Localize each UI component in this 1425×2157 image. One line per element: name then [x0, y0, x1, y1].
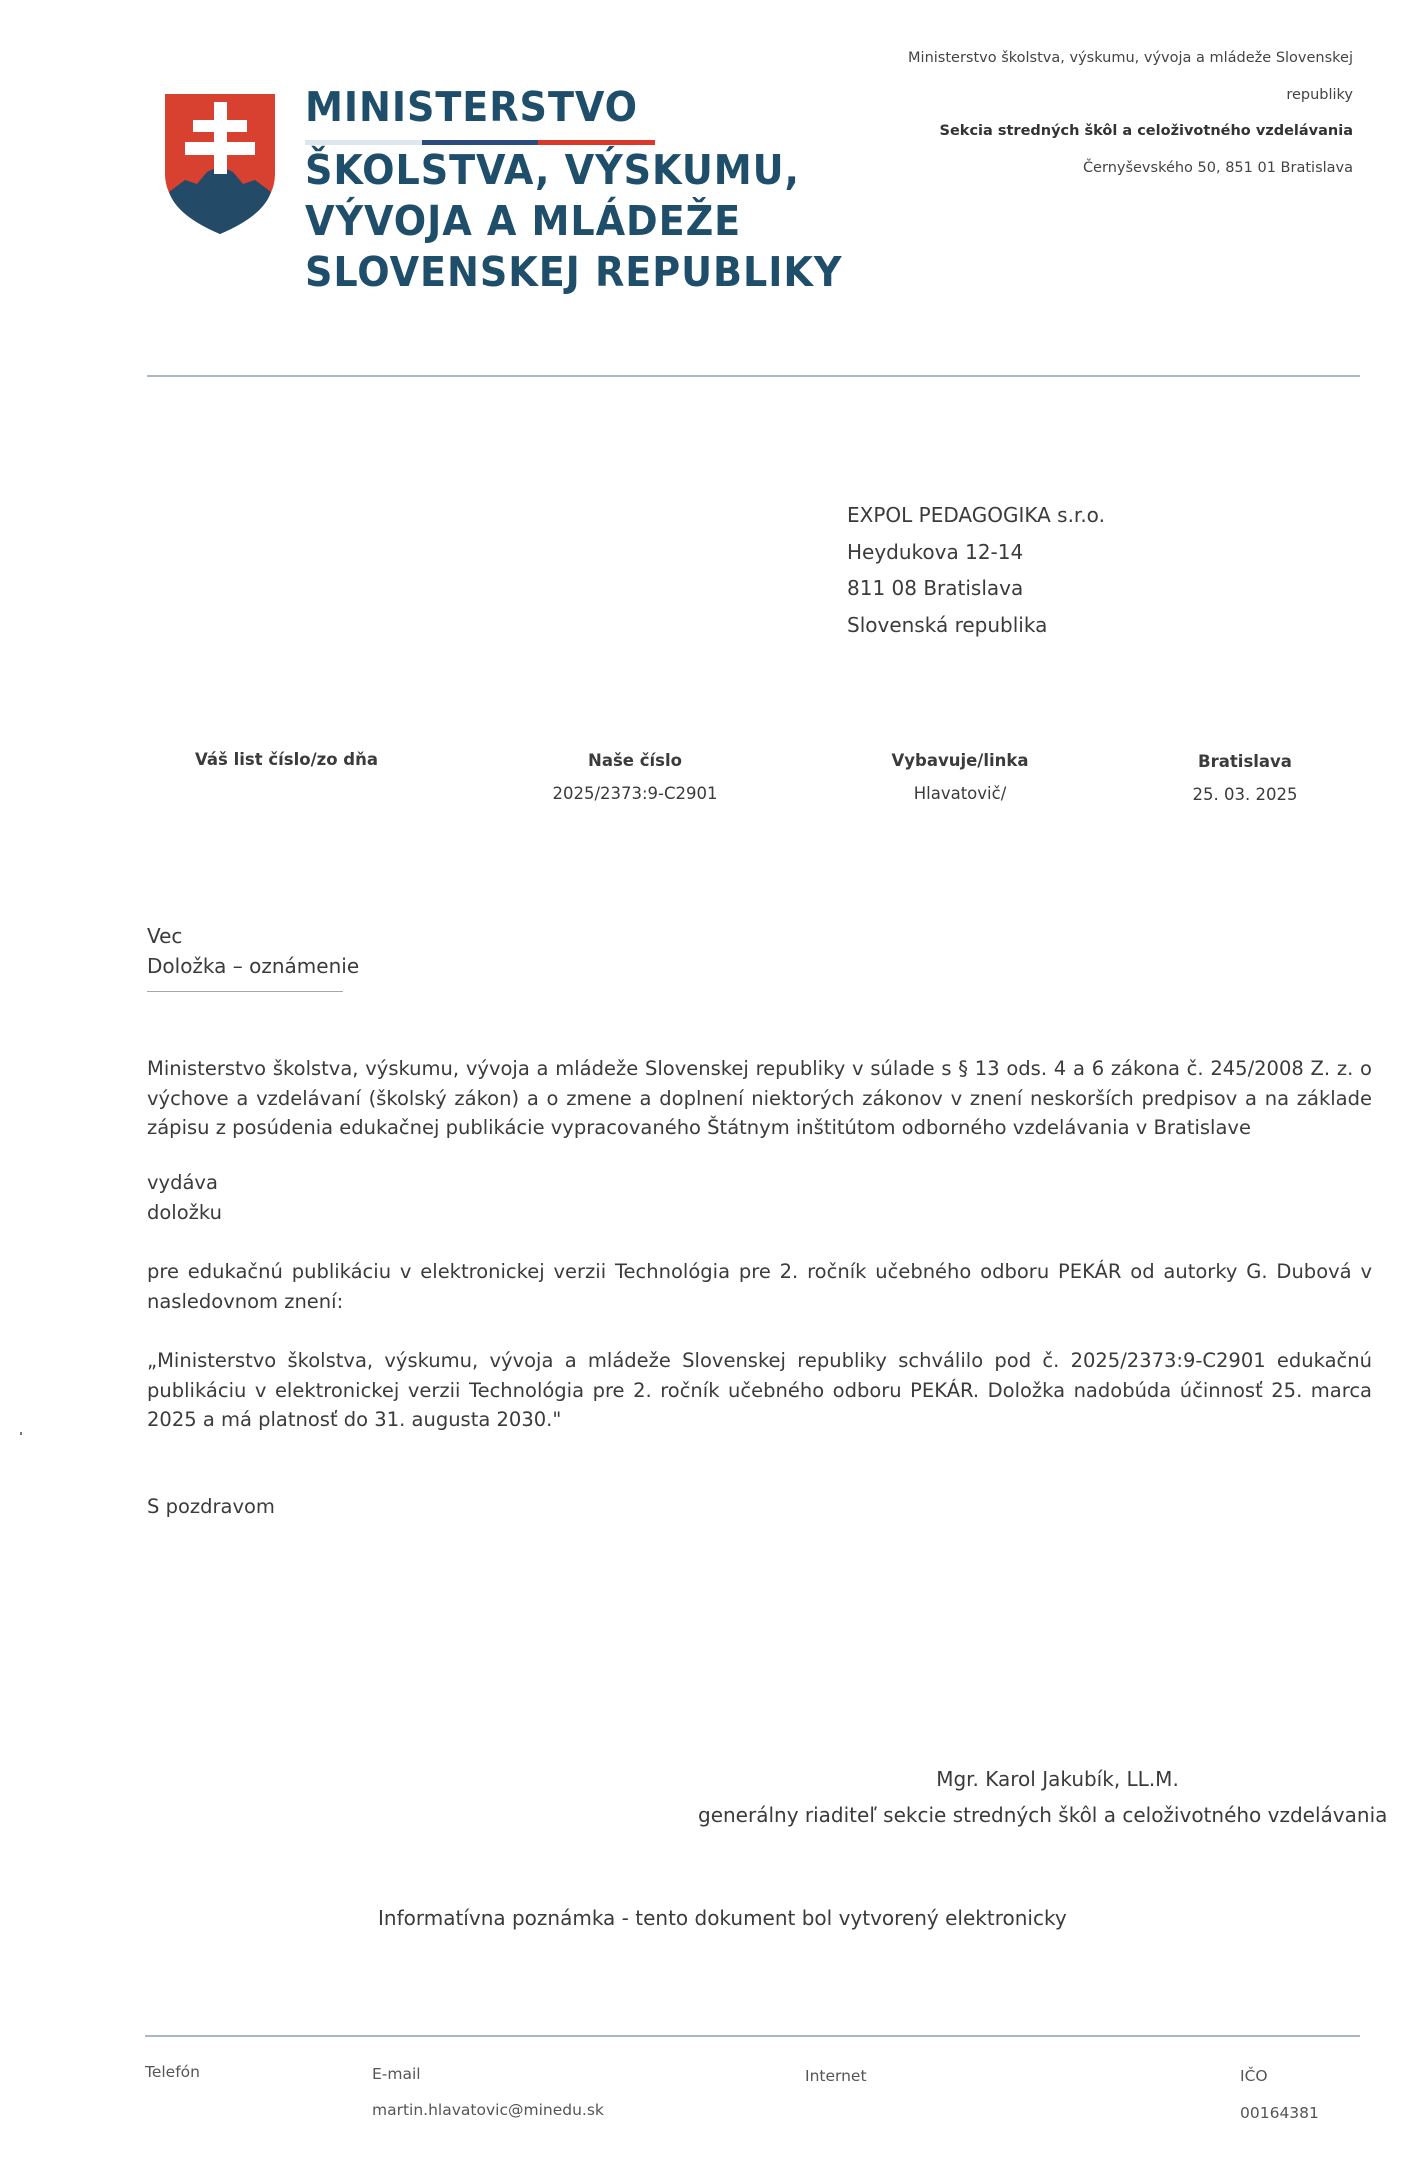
body-intro-paragraph: Ministerstvo školstva, výskumu, vývoja a… [147, 1054, 1372, 1143]
ref-our-number-value: 2025/2373:9-C2901 [530, 784, 740, 803]
recipient-street: Heydukova 12-14 [847, 534, 1105, 571]
ref-handled-by-value: Hlavatovič/ [860, 784, 1060, 803]
body-closing: S pozdravom [147, 1492, 1372, 1522]
signature-title: generálny riaditeľ sekcie stredných škôl… [698, 1803, 1387, 1827]
body-issues-block: vydáva doložku [147, 1168, 1372, 1227]
header-divider [147, 375, 1360, 377]
subject-title: Doložka – oznámenie [147, 951, 359, 981]
logo-line-1: MINISTERSTVO [305, 82, 842, 133]
ref-date-value: 25. 03. 2025 [1165, 785, 1325, 804]
ref-our-number-label: Naše číslo [530, 751, 740, 770]
logo-line-3: VÝVOJA A MLÁDEŽE [305, 196, 842, 247]
body-quote-paragraph: „Ministerstvo školstva, výskumu, vývoja … [147, 1346, 1372, 1435]
footer-internet-label: Internet [805, 2067, 867, 2085]
sender-ministry-line1: Ministerstvo školstva, výskumu, vývoja a… [908, 40, 1353, 77]
logo-tricolor-bar [305, 140, 655, 145]
ref-place-label: Bratislava [1165, 752, 1325, 771]
recipient-address: EXPOL PEDAGOGIKA s.r.o. Heydukova 12-14 … [847, 497, 1105, 643]
logo-line-2: ŠKOLSTVA, VÝSKUMU, [305, 145, 842, 196]
slovak-coat-of-arms-icon [163, 92, 277, 236]
footer-divider [145, 2035, 1360, 2037]
ref-our-number: Naše číslo 2025/2373:9-C2901 [530, 751, 740, 803]
ref-your-letter-label: Váš list číslo/zo dňa [195, 750, 415, 769]
scan-speck [20, 1432, 22, 1435]
footer-email-label: E-mail [372, 2065, 421, 2083]
footer-email-value[interactable]: martin.hlavatovic@minedu.sk [372, 2101, 604, 2119]
signature-name-wrap: Mgr. Karol Jakubík, LL.M. [700, 1767, 1375, 1791]
sender-section: Sekcia stredných škôl a celoživotného vz… [908, 113, 1353, 150]
sender-block: Ministerstvo školstva, výskumu, vývoja a… [908, 40, 1353, 186]
footer-phone-label: Telefón [145, 2063, 200, 2081]
recipient-name: EXPOL PEDAGOGIKA s.r.o. [847, 497, 1105, 534]
recipient-country: Slovenská republika [847, 607, 1105, 644]
subject-block: Vec Doložka – oznámenie [147, 921, 359, 981]
subject-underline [147, 991, 343, 992]
ref-handled-by: Vybavuje/linka Hlavatovič/ [860, 751, 1060, 803]
subject-label: Vec [147, 921, 359, 951]
ref-handled-by-label: Vybavuje/linka [860, 751, 1060, 770]
body-publication-paragraph: pre edukačnú publikáciu v elektronickej … [147, 1257, 1372, 1316]
logo-line-4: SLOVENSKEJ REPUBLIKY [305, 247, 842, 298]
footer-ico-label: IČO [1240, 2067, 1268, 2085]
ref-place-date: Bratislava 25. 03. 2025 [1165, 752, 1325, 804]
ministry-logo-wordmark: MINISTERSTVO ŠKOLSTVA, VÝSKUMU, VÝVOJA A… [305, 82, 883, 298]
ref-your-letter: Váš list číslo/zo dňa [195, 750, 415, 783]
body-issues-line1: vydáva [147, 1168, 1372, 1198]
sender-address: Černyševského 50, 851 01 Bratislava [908, 150, 1353, 187]
footer-ico-value: 00164381 [1240, 2104, 1319, 2122]
recipient-city: 811 08 Bratislava [847, 570, 1105, 607]
electronic-document-note: Informatívna poznámka - tento dokument b… [378, 1906, 1067, 1930]
signature-name: Mgr. Karol Jakubík, LL.M. [936, 1767, 1179, 1791]
sender-ministry-line2: republiky [908, 77, 1353, 114]
body-issues-line2: doložku [147, 1198, 1372, 1228]
